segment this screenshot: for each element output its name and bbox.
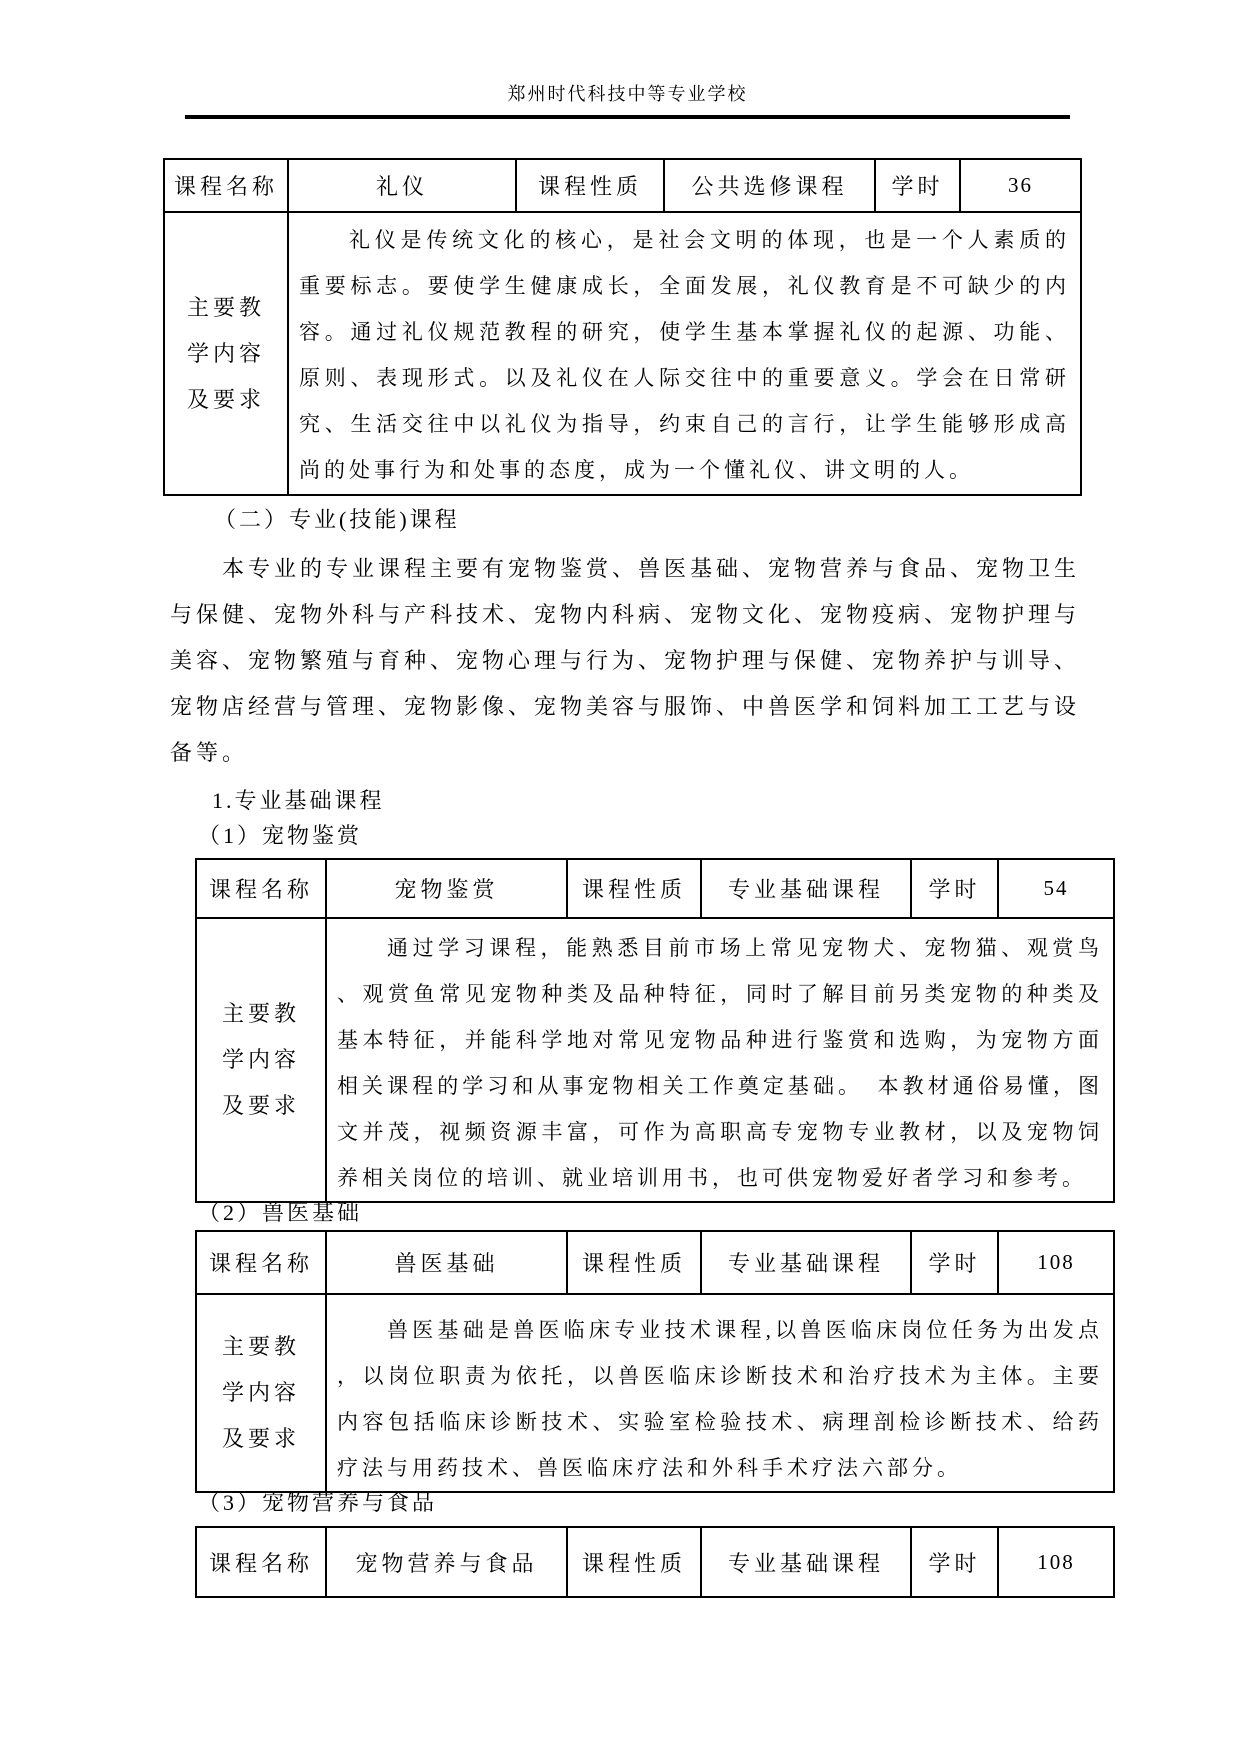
table-header-row: 课程名称 宠物鉴赏 课程性质 专业基础课程 学时 54 — [196, 859, 1114, 918]
content-label-cell: 主要教 学内容 及要求 — [196, 918, 326, 1202]
item-heading-shouyi-jichu: （2）兽医基础 — [198, 1198, 362, 1228]
content-label-line: 主要教 — [165, 285, 287, 331]
hours-value: 108 — [998, 1231, 1114, 1294]
course-name-value: 宠物鉴赏 — [326, 859, 567, 918]
content-cell: 兽医基础是兽医临床专业技术课程,以兽医临床岗位任务为出发点，以岗位职责为依托，以… — [326, 1294, 1114, 1492]
intro-paragraph: 本专业的专业课程主要有宠物鉴赏、兽医基础、宠物营养与食品、宠物卫生与保健、宠物外… — [170, 546, 1080, 776]
table-content-row: 主要教 学内容 及要求 礼仪是传统文化的核心，是社会文明的体现，也是一个人素质的… — [164, 212, 1081, 495]
course-name-label: 课程名称 — [196, 1231, 326, 1294]
course-nature-label: 课程性质 — [567, 1231, 701, 1294]
content-label-line: 学内容 — [165, 331, 287, 377]
hours-label: 学时 — [911, 859, 998, 918]
course-description: 礼仪是传统文化的核心，是社会文明的体现，也是一个人素质的重要标志。要使学生健康成… — [289, 214, 1080, 493]
hours-value: 108 — [998, 1527, 1114, 1597]
course-name-label: 课程名称 — [196, 859, 326, 918]
page-title: 郑州时代科技中等专业学校 — [185, 82, 1070, 106]
content-label-line: 学内容 — [197, 1370, 325, 1416]
course-nature-value: 公共选修课程 — [664, 159, 875, 212]
content-label-line: 学内容 — [197, 1037, 325, 1083]
course-nature-value: 专业基础课程 — [701, 859, 911, 918]
course-table-shouyi: 课程名称 兽医基础 课程性质 专业基础课程 学时 108 主要教 学内容 及要求… — [195, 1230, 1115, 1493]
course-description: 通过学习课程，能熟悉目前市场上常见宠物犬、宠物猫、观赏鸟、观赏鱼常见宠物种类及品… — [327, 919, 1113, 1201]
item-heading-chongwu-jianshang: （1）宠物鉴赏 — [198, 821, 362, 851]
course-nature-label: 课程性质 — [567, 1527, 701, 1597]
course-table-yingyang: 课程名称 宠物营养与食品 课程性质 专业基础课程 学时 108 — [195, 1526, 1115, 1598]
section-heading-professional-courses: （二）专业(技能)课程 — [214, 505, 460, 535]
item-heading-chongwu-yingyang: （3）宠物营养与食品 — [198, 1488, 437, 1518]
course-name-label: 课程名称 — [196, 1527, 326, 1597]
course-table-jianshang: 课程名称 宠物鉴赏 课程性质 专业基础课程 学时 54 主要教 学内容 及要求 … — [195, 858, 1115, 1203]
content-label-line: 及要求 — [165, 377, 287, 423]
content-label-cell: 主要教 学内容 及要求 — [196, 1294, 326, 1492]
course-nature-value: 专业基础课程 — [701, 1527, 911, 1597]
content-label-cell: 主要教 学内容 及要求 — [164, 212, 288, 495]
subsection-heading-basic-courses: 1.专业基础课程 — [212, 786, 385, 816]
hours-label: 学时 — [875, 159, 960, 212]
hours-value: 36 — [960, 159, 1081, 212]
course-description: 兽医基础是兽医临床专业技术课程,以兽医临床岗位任务为出发点，以岗位职责为依托，以… — [327, 1295, 1113, 1491]
hours-label: 学时 — [911, 1527, 998, 1597]
hours-label: 学时 — [911, 1231, 998, 1294]
content-cell: 礼仪是传统文化的核心，是社会文明的体现，也是一个人素质的重要标志。要使学生健康成… — [288, 212, 1081, 495]
table-header-row: 课程名称 宠物营养与食品 课程性质 专业基础课程 学时 108 — [196, 1527, 1114, 1597]
course-name-value: 宠物营养与食品 — [326, 1527, 567, 1597]
table-content-row: 主要教 学内容 及要求 兽医基础是兽医临床专业技术课程,以兽医临床岗位任务为出发… — [196, 1294, 1114, 1492]
content-label-line: 及要求 — [197, 1416, 325, 1462]
table-header-row: 课程名称 兽医基础 课程性质 专业基础课程 学时 108 — [196, 1231, 1114, 1294]
course-name-value: 礼仪 — [288, 159, 516, 212]
course-nature-value: 专业基础课程 — [701, 1231, 911, 1294]
table-content-row: 主要教 学内容 及要求 通过学习课程，能熟悉目前市场上常见宠物犬、宠物猫、观赏鸟… — [196, 918, 1114, 1202]
table-header-row: 课程名称 礼仪 课程性质 公共选修课程 学时 36 — [164, 159, 1081, 212]
content-cell: 通过学习课程，能熟悉目前市场上常见宠物犬、宠物猫、观赏鸟、观赏鱼常见宠物种类及品… — [326, 918, 1114, 1202]
content-label-line: 主要教 — [197, 1324, 325, 1370]
course-nature-label: 课程性质 — [567, 859, 701, 918]
header-rule — [185, 115, 1070, 119]
hours-value: 54 — [998, 859, 1114, 918]
course-name-value: 兽医基础 — [326, 1231, 567, 1294]
content-label-line: 主要教 — [197, 991, 325, 1037]
course-name-label: 课程名称 — [164, 159, 288, 212]
content-label-line: 及要求 — [197, 1083, 325, 1129]
course-table-liyi: 课程名称 礼仪 课程性质 公共选修课程 学时 36 主要教 学内容 及要求 礼仪… — [163, 158, 1082, 496]
course-nature-label: 课程性质 — [516, 159, 664, 212]
